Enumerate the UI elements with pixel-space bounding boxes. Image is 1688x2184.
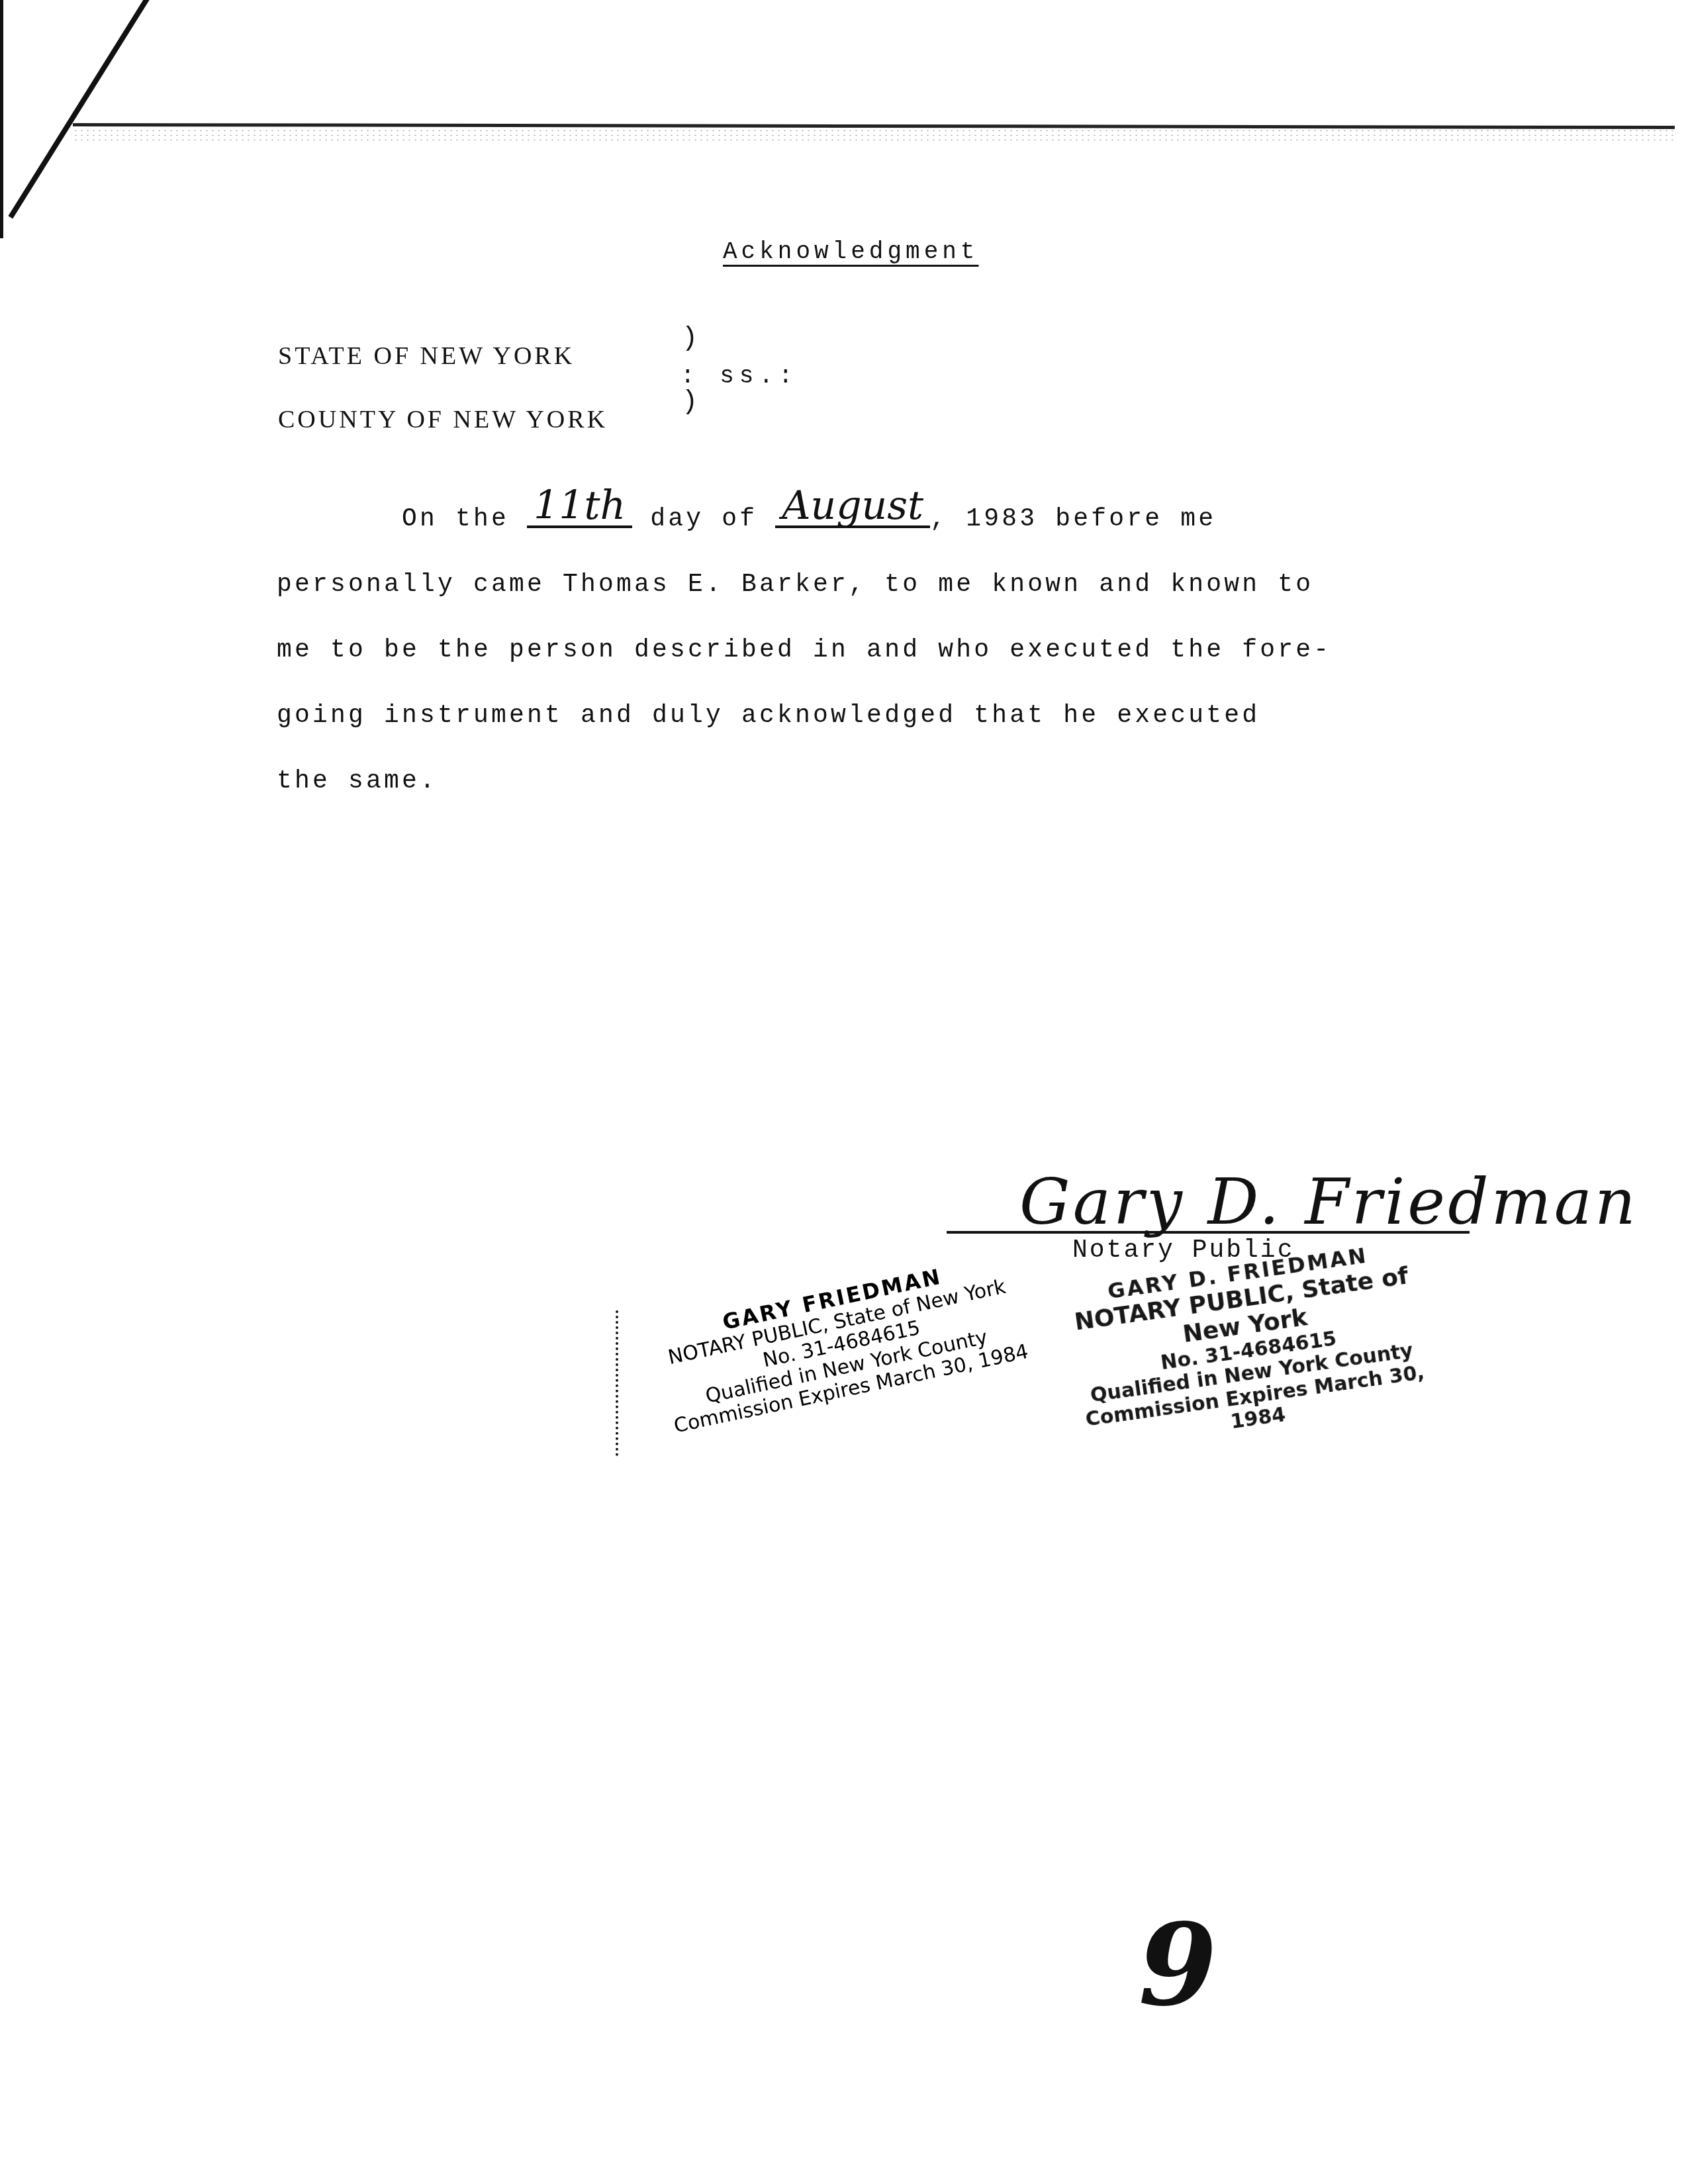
body-text-segment: , 1983 before me: [930, 505, 1216, 533]
venue-ss: : ss.:: [680, 363, 798, 390]
body-text-segment: On the: [402, 505, 527, 533]
handwritten-day: 11th: [527, 486, 632, 528]
body-line-4: going instrument and duly acknowledged t…: [277, 683, 1481, 749]
venue-state: STATE OF NEW YORK: [278, 324, 608, 388]
scan-edge: [0, 0, 3, 238]
stamp-border: [616, 1310, 622, 1456]
venue-county: COUNTY OF NEW YORK: [278, 388, 608, 451]
body-line-1: On the 11th day of August, 1983 before m…: [277, 486, 1481, 552]
handwritten-month: August: [775, 486, 930, 528]
body-line-5: the same.: [277, 749, 1481, 814]
corner-check-mark: [8, 0, 160, 218]
page-number: 9: [1139, 1899, 1217, 2032]
venue-block: STATE OF NEW YORK COUNTY OF NEW YORK: [278, 324, 608, 451]
notary-stamp: GARY FRIEDMAN NOTARY PUBLIC, State of Ne…: [629, 1245, 1055, 1443]
venue-paren-close: ): [682, 388, 698, 418]
notary-stamp-smudged: GARY D. FRIEDMAN NOTARY PUBLIC, State of…: [1053, 1236, 1443, 1456]
body-line-3: me to be the person described in and who…: [277, 617, 1481, 683]
acknowledgment-body: On the 11th day of August, 1983 before m…: [277, 486, 1481, 814]
body-line-2: personally came Thomas E. Barker, to me …: [277, 552, 1481, 617]
scan-noise: [73, 128, 1675, 143]
document-title: Acknowledgment: [723, 238, 978, 265]
document-page: Acknowledgment STATE OF NEW YORK COUNTY …: [0, 0, 1688, 2184]
notary-signature: Gary D. Friedman: [1019, 1165, 1638, 1239]
signature-line: [947, 1231, 1470, 1234]
body-text-segment: day of: [632, 505, 775, 533]
venue-paren-open: ): [682, 324, 698, 354]
